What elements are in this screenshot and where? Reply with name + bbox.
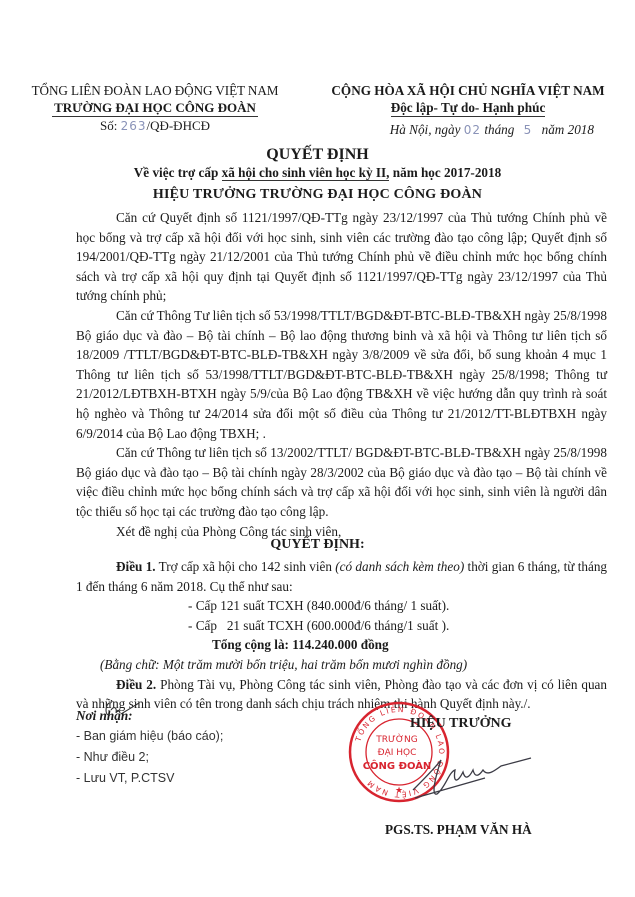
date-year: năm 2018 (538, 122, 594, 137)
national-title: CỘNG HÒA XÃ HỘI CHỦ NGHĨA VIỆT NAM (318, 82, 618, 99)
national-motto: Độc lập- Tự do- Hạnh phúc (391, 100, 546, 117)
recipients-label: Nơi nhận: (76, 705, 223, 726)
document-title: QUYẾT ĐỊNH (0, 146, 635, 164)
school-name: TRƯỜNG ĐẠI HỌC CÔNG ĐOÀN (52, 100, 258, 117)
issuing-authority-block: TỔNG LIÊN ĐOÀN LAO ĐỘNG VIỆT NAM TRƯỜNG … (20, 82, 290, 135)
document-date: Hà Nội, ngày 02 tháng 5 năm 2018 (318, 121, 618, 139)
recipient-item: - Lưu VT, P.CTSV (76, 768, 223, 789)
number-prefix: Số: (100, 118, 121, 133)
handwritten-day: 02 (464, 123, 481, 137)
article-1-label: Điều 1. (116, 559, 156, 574)
amount-in-words: (Bằng chữ: Một trăm mười bốn triệu, hai … (76, 655, 607, 675)
articles: Điều 1. Trợ cấp xã hội cho 142 sinh viên… (76, 557, 607, 714)
initials-scribble-icon (103, 700, 141, 720)
recipients-block: Nơi nhận: - Ban giám hiệu (báo cáo); - N… (76, 705, 223, 789)
preamble-paragraph: Căn cứ Quyết định số 1121/1997/QĐ-TTg ng… (76, 208, 607, 306)
allowance-item: - Cấp 121 suất TCXH (840.000đ/6 tháng/ 1… (76, 596, 607, 616)
national-header-block: CỘNG HÒA XÃ HỘI CHỦ NGHĨA VIỆT NAM Độc l… (318, 82, 618, 139)
svg-text:TRƯỜNG: TRƯỜNG (375, 733, 417, 745)
svg-text:★: ★ (395, 785, 403, 795)
subtitle-suffix: năm học 2017-2018 (389, 165, 501, 180)
preamble: Căn cứ Quyết định số 1121/1997/QĐ-TTg ng… (76, 208, 607, 541)
handwritten-number: 263 (121, 119, 147, 133)
article-2-label: Điều 2. (116, 677, 156, 692)
recipient-item: - Ban giám hiệu (báo cáo); (76, 726, 223, 747)
article-1-note: (có danh sách kèm theo) (335, 559, 464, 574)
month-label: tháng (481, 122, 518, 137)
handwritten-month: 5 (518, 123, 539, 137)
signatory-name: PGS.TS. PHẠM VĂN HÀ (385, 822, 532, 838)
article-1-text: Trợ cấp xã hội cho 142 sinh viên (156, 559, 336, 574)
article-1: Điều 1. Trợ cấp xã hội cho 142 sinh viên… (76, 557, 607, 596)
subtitle-prefix: Về việc trợ cấp (134, 165, 222, 180)
signatory-title: HIỆU TRƯỞNG (410, 716, 512, 732)
allowance-item: - Cấp 21 suất TCXH (600.000đ/6 tháng/1 s… (76, 616, 607, 636)
preamble-paragraph: Căn cứ Thông tư liên tịch số 13/2002/TTL… (76, 443, 607, 521)
parent-organization: TỔNG LIÊN ĐOÀN LAO ĐỘNG VIỆT NAM (20, 82, 290, 99)
date-prefix: Hà Nội, ngày (390, 122, 464, 137)
subtitle-underlined: xã hội cho sinh viên học kỳ II, (222, 165, 390, 181)
signature-icon (405, 748, 535, 808)
total-amount: Tổng cộng là: 114.240.000 đồng (76, 635, 607, 655)
document-subtitle: Về việc trợ cấp xã hội cho sinh viên học… (0, 165, 635, 181)
issuer-title: HIỆU TRƯỞNG TRƯỜNG ĐẠI HỌC CÔNG ĐOÀN (0, 187, 635, 203)
preamble-paragraph: Căn cứ Thông Tư liên tịch số 53/1998/TTL… (76, 306, 607, 443)
recipient-item: - Như điều 2; (76, 747, 223, 768)
number-suffix: /QĐ-ĐHCĐ (146, 118, 210, 133)
decision-heading: QUYẾT ĐỊNH: (0, 537, 635, 553)
document-number: Số: 263/QĐ-ĐHCĐ (20, 117, 290, 135)
